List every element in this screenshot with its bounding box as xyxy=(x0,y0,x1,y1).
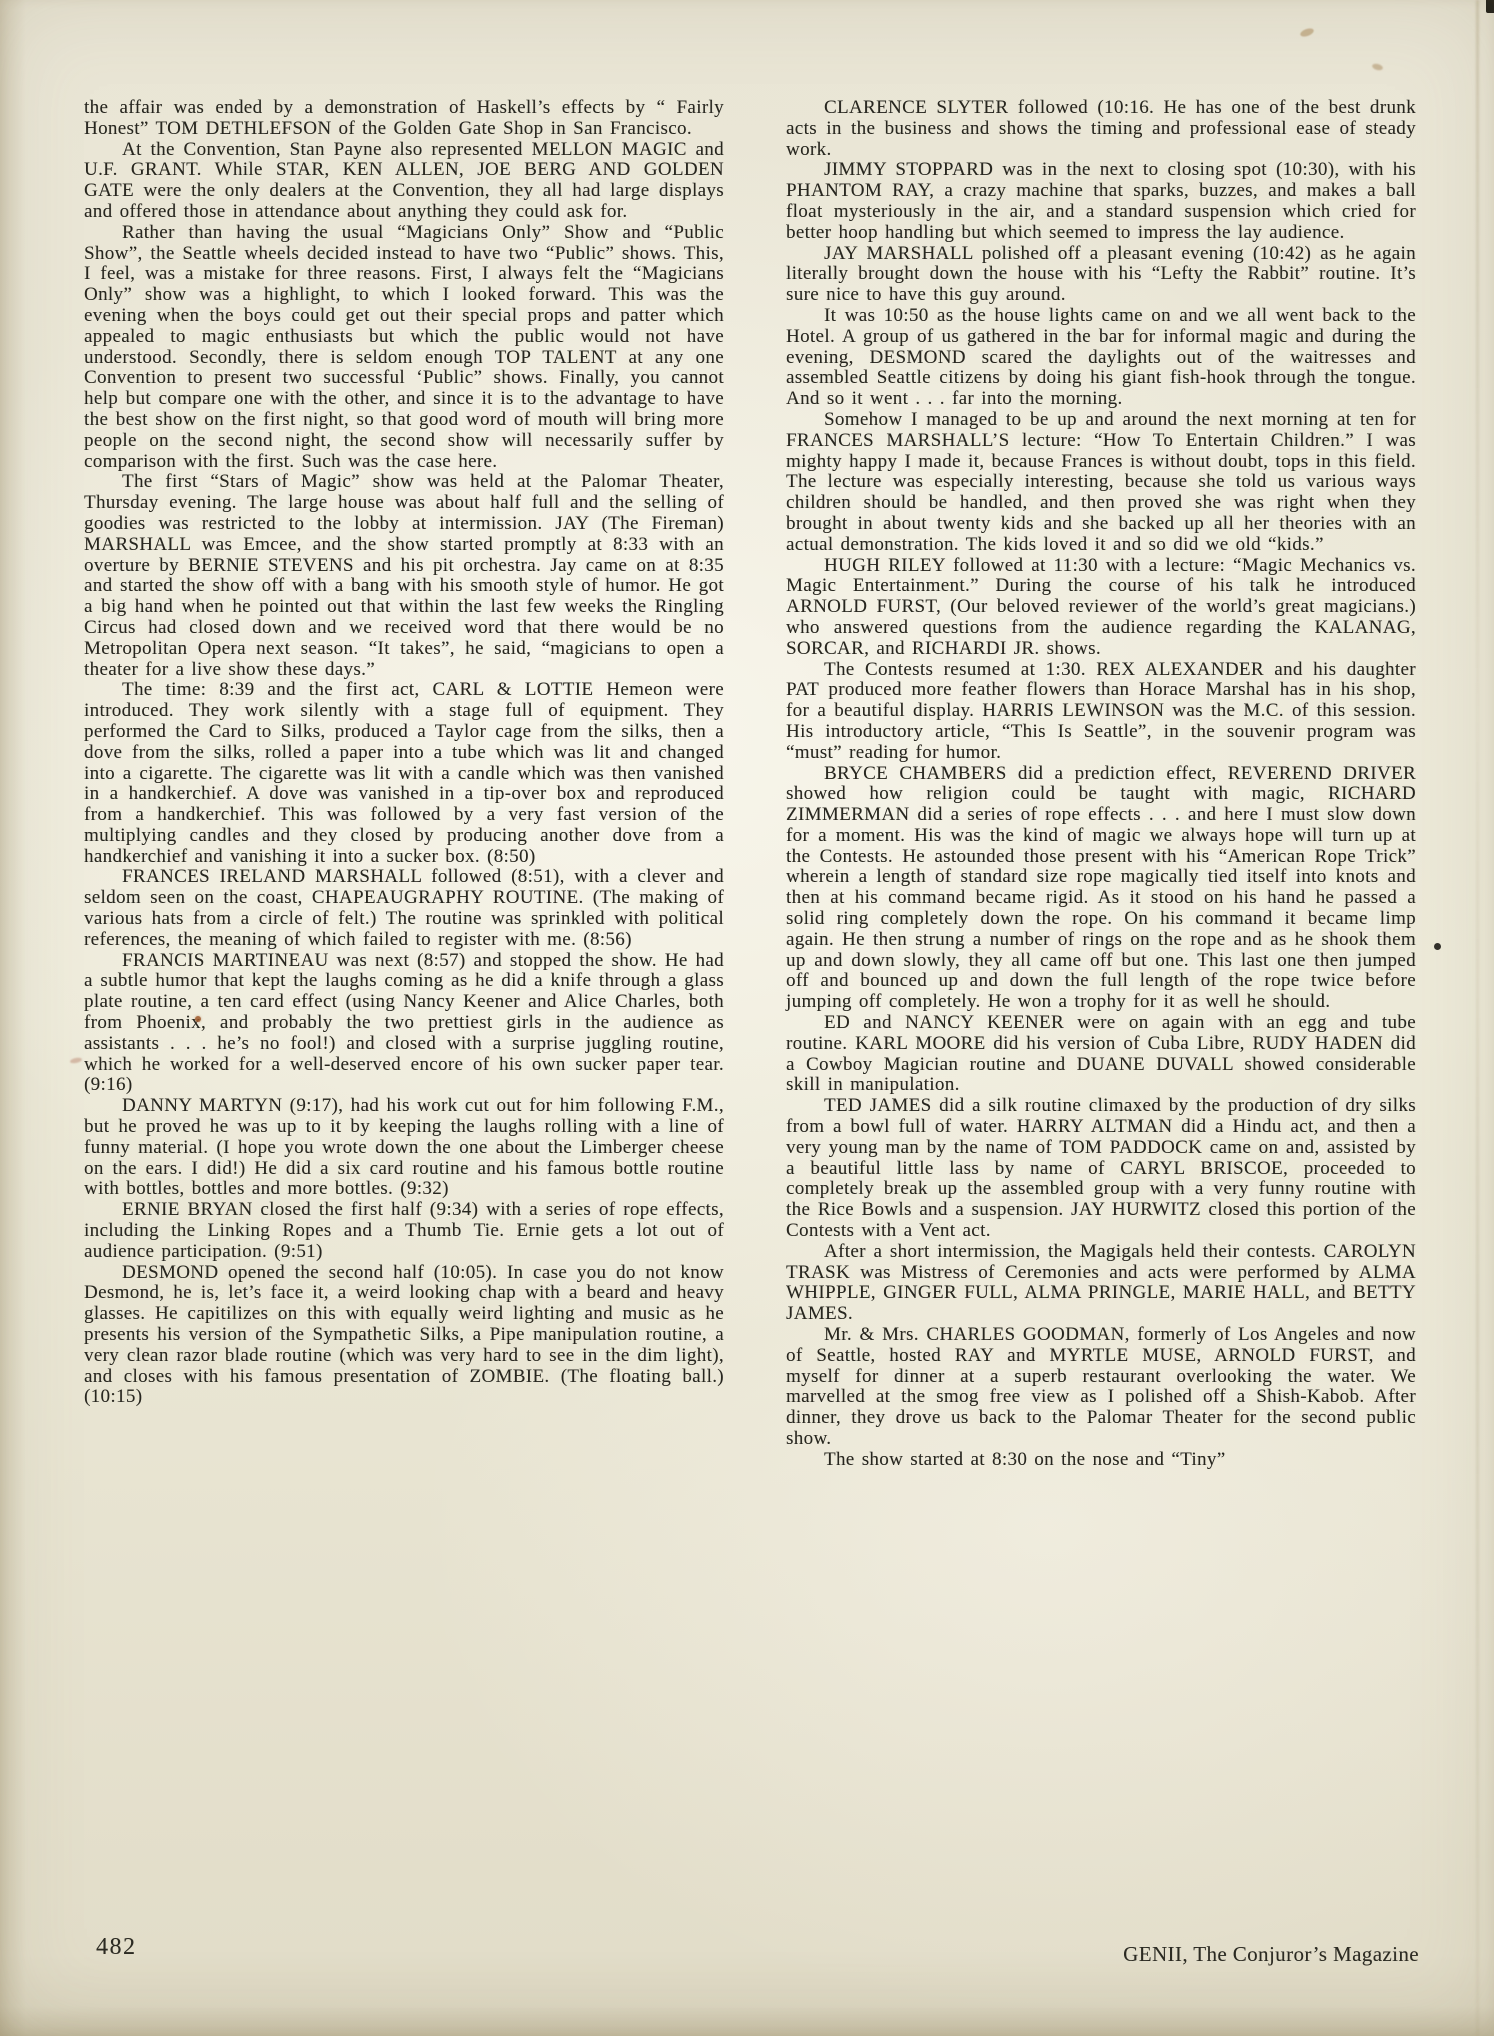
paragraph: The show started at 8:30 on the nose and… xyxy=(786,1450,1416,1471)
magazine-title: GENII, The Conjuror’s Magazine xyxy=(1123,1942,1419,1967)
paragraph: Somehow I managed to be up and around th… xyxy=(786,410,1416,556)
scan-crease xyxy=(1476,0,1479,2036)
scan-edge-shade xyxy=(0,0,26,2036)
scan-corner-mark xyxy=(1486,0,1494,13)
left-column: the affair was ended by a demonstration … xyxy=(84,98,724,1408)
paragraph: HUGH RILEY followed at 11:30 with a lect… xyxy=(786,556,1416,660)
paragraph: The first “Stars of Magic” show was held… xyxy=(84,472,724,680)
paragraph: Rather than having the usual “Magicians … xyxy=(84,223,724,473)
scan-rust-speck xyxy=(195,1016,201,1022)
magazine-page-scan: the affair was ended by a demonstration … xyxy=(0,0,1494,2036)
paragraph: Mr. & Mrs. CHARLES GOODMAN, formerly of … xyxy=(786,1325,1416,1450)
paragraph: At the Convention, Stan Payne also repre… xyxy=(84,140,724,223)
paragraph: JIMMY STOPPARD was in the next to closin… xyxy=(786,160,1416,243)
paragraph: FRANCIS MARTINEAU was next (8:57) and st… xyxy=(84,951,724,1097)
scan-ink-dot xyxy=(1434,943,1441,950)
right-column: CLARENCE SLYTER followed (10:16. He has … xyxy=(786,98,1416,1471)
scan-edge-shade xyxy=(0,2006,1494,2036)
paragraph: DANNY MARTYN (9:17), had his work cut ou… xyxy=(84,1096,724,1200)
paragraph: the affair was ended by a demonstration … xyxy=(84,98,724,140)
paragraph: ED and NANCY KEENER were on again with a… xyxy=(786,1013,1416,1096)
paragraph: ERNIE BRYAN closed the first half (9:34)… xyxy=(84,1200,724,1262)
page-number: 482 xyxy=(96,1934,137,1961)
paragraph: The time: 8:39 and the first act, CARL &… xyxy=(84,680,724,867)
scan-smudge xyxy=(1299,27,1315,38)
paragraph: BRYCE CHAMBERS did a prediction effect, … xyxy=(786,764,1416,1014)
scan-smudge xyxy=(70,1057,83,1064)
paragraph: TED JAMES did a silk routine climaxed by… xyxy=(786,1096,1416,1242)
paragraph: It was 10:50 as the house lights came on… xyxy=(786,306,1416,410)
paragraph: DESMOND opened the second half (10:05). … xyxy=(84,1263,724,1409)
paragraph: FRANCES IRELAND MARSHALL followed (8:51)… xyxy=(84,867,724,950)
paragraph: CLARENCE SLYTER followed (10:16. He has … xyxy=(786,98,1416,160)
paragraph: The Contests resumed at 1:30. REX ALEXAN… xyxy=(786,660,1416,764)
scan-smudge xyxy=(1371,63,1383,72)
paragraph: JAY MARSHALL polished off a pleasant eve… xyxy=(786,244,1416,306)
paragraph: After a short intermission, the Magigals… xyxy=(786,1242,1416,1325)
